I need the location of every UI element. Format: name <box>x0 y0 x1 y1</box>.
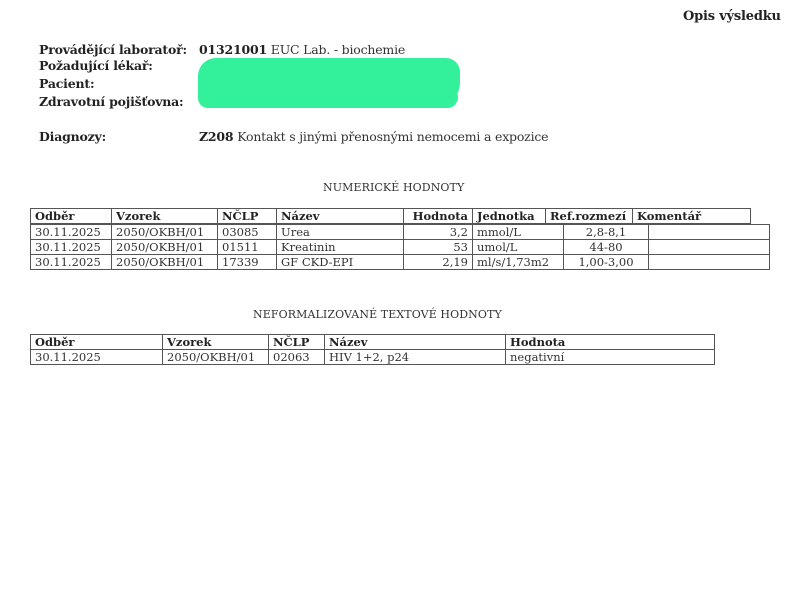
col-hodnota: Hodnota <box>404 209 473 224</box>
cell-odber: 30.11.2025 <box>31 255 112 270</box>
diagnosis-text: Kontakt s jinými přenosnými nemocemi a e… <box>237 129 548 144</box>
numeric-header-table: Odběr Vzorek NČLP Název Hodnota Jednotka… <box>30 208 751 224</box>
document-title: Opis výsledku <box>683 9 781 24</box>
doctor-label: Požadující lékař: <box>39 58 153 73</box>
cell-komentar <box>649 225 770 240</box>
lab-code: 01321001 <box>199 42 267 57</box>
col-nclp: NČLP <box>218 209 277 224</box>
text-results-table: Odběr Vzorek NČLP Název Hodnota 30.11.20… <box>30 334 715 365</box>
cell-odber: 30.11.2025 <box>31 240 112 255</box>
numeric-results-table: 30.11.2025 2050/OKBH/01 03085 Urea 3,2 m… <box>30 224 770 270</box>
cell-nclp: 01511 <box>218 240 277 255</box>
diagnosis-value: Z208 Kontakt s jinými přenosnými nemocem… <box>199 129 548 144</box>
numeric-section-title: NUMERICKÉ HODNOTY <box>323 181 464 194</box>
table-row: 30.11.2025 2050/OKBH/01 02063 HIV 1+2, p… <box>31 350 715 365</box>
col-vzorek: Vzorek <box>112 209 218 224</box>
insurance-label: Zdravotní pojišťovna: <box>39 94 183 109</box>
col-jednotka: Jednotka <box>473 209 546 224</box>
cell-nazev: HIV 1+2, p24 <box>325 350 506 365</box>
cell-nclp: 17339 <box>218 255 277 270</box>
lab-value: 01321001 EUC Lab. - biochemie <box>199 42 405 57</box>
col-ref: Ref.rozmezí <box>546 209 633 224</box>
cell-hodnota: 53 <box>404 240 473 255</box>
cell-hodnota: 2,19 <box>404 255 473 270</box>
col-hodnota: Hodnota <box>506 335 715 350</box>
cell-nclp: 03085 <box>218 225 277 240</box>
table-header-row: Odběr Vzorek NČLP Název Hodnota Jednotka… <box>31 209 751 224</box>
cell-komentar <box>649 255 770 270</box>
cell-ref: 2,8-8,1 <box>564 225 649 240</box>
diagnosis-label: Diagnozy: <box>39 129 106 144</box>
table-row: 30.11.2025 2050/OKBH/01 01511 Kreatinin … <box>31 240 770 255</box>
cell-vzorek: 2050/OKBH/01 <box>163 350 269 365</box>
cell-vzorek: 2050/OKBH/01 <box>112 255 218 270</box>
cell-hodnota: 3,2 <box>404 225 473 240</box>
cell-komentar <box>649 240 770 255</box>
cell-jednotka: umol/L <box>473 240 564 255</box>
diagnosis-code: Z208 <box>199 129 233 144</box>
col-nclp: NČLP <box>269 335 325 350</box>
col-odber: Odběr <box>31 335 163 350</box>
cell-nclp: 02063 <box>269 350 325 365</box>
cell-hodnota: negativní <box>506 350 715 365</box>
cell-vzorek: 2050/OKBH/01 <box>112 240 218 255</box>
table-header-row: Odběr Vzorek NČLP Název Hodnota <box>31 335 715 350</box>
col-nazev: Název <box>325 335 506 350</box>
cell-jednotka: mmol/L <box>473 225 564 240</box>
cell-odber: 30.11.2025 <box>31 225 112 240</box>
table-row: 30.11.2025 2050/OKBH/01 03085 Urea 3,2 m… <box>31 225 770 240</box>
cell-ref: 44-80 <box>564 240 649 255</box>
col-vzorek: Vzorek <box>163 335 269 350</box>
cell-odber: 30.11.2025 <box>31 350 163 365</box>
table-row: 30.11.2025 2050/OKBH/01 17339 GF CKD-EPI… <box>31 255 770 270</box>
cell-nazev: GF CKD-EPI <box>277 255 404 270</box>
cell-ref: 1,00-3,00 <box>564 255 649 270</box>
patient-label: Pacient: <box>39 76 94 91</box>
cell-jednotka: ml/s/1,73m2 <box>473 255 564 270</box>
lab-name: EUC Lab. - biochemie <box>271 42 405 57</box>
col-komentar: Komentář <box>633 209 751 224</box>
redaction-mark <box>200 84 458 108</box>
cell-nazev: Kreatinin <box>277 240 404 255</box>
lab-label: Provádějící laboratoř: <box>39 42 187 57</box>
cell-vzorek: 2050/OKBH/01 <box>112 225 218 240</box>
cell-nazev: Urea <box>277 225 404 240</box>
col-nazev: Název <box>277 209 404 224</box>
col-odber: Odběr <box>31 209 112 224</box>
text-section-title: NEFORMALIZOVANÉ TEXTOVÉ HODNOTY <box>253 308 502 321</box>
